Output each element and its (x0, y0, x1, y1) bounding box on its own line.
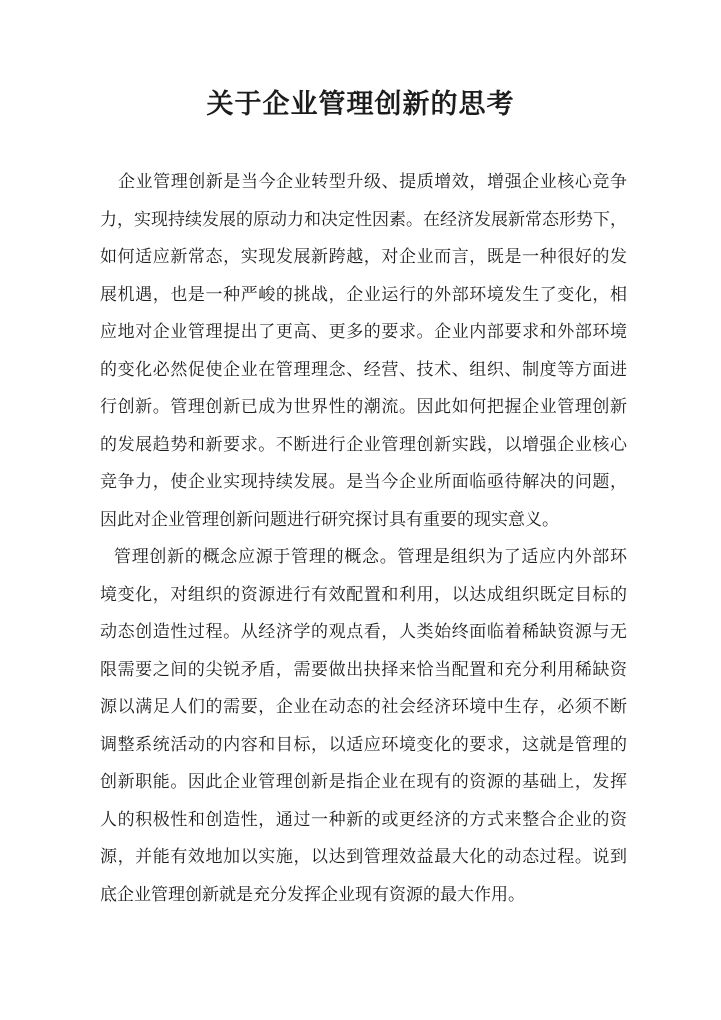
text-line: 动态创造性过程。从经济学的观点看，人类始终面临着稀缺资源与无 (100, 613, 627, 651)
text-line: 人的积极性和创造性，通过一种新的或更经济的方式来整合企业的资 (100, 801, 627, 839)
text-line: 境变化，对组织的资源进行有效配置和利用，以达成组织既定目标的 (100, 576, 627, 614)
document-page: 关于企业管理创新的思考 企业管理创新是当今企业转型升级、提质增效，增强企业核心竞… (0, 0, 721, 1020)
text-line: 的变化必然促使企业在管理理念、经营、技术、组织、制度等方面进 (100, 351, 627, 389)
text-line: 应地对企业管理提出了更高、更多的要求。企业内部要求和外部环境 (100, 313, 627, 351)
text-line: 企业管理创新是当今企业转型升级、提质增效，增强企业核心竞争 (100, 163, 627, 201)
text-line: 行创新。管理创新已成为世界性的潮流。因此如何把握企业管理创新 (100, 388, 627, 426)
text-line: 源以满足人们的需要，企业在动态的社会经济环境中生存，必须不断 (100, 688, 627, 726)
text-line: 调整系统活动的内容和目标，以适应环境变化的要求，这就是管理的 (100, 726, 627, 764)
text-line: 如何适应新常态，实现发展新跨越，对企业而言，既是一种很好的发 (100, 238, 627, 276)
text-line: 展机遇，也是一种严峻的挑战，企业运行的外部环境发生了变化，相 (100, 276, 627, 314)
text-line: 的发展趋势和新要求。不断进行企业管理创新实践，以增强企业核心 (100, 426, 627, 464)
text-line: 竞争力，使企业实现持续发展。是当今企业所面临亟待解决的问题， (100, 463, 627, 501)
document-body: 企业管理创新是当今企业转型升级、提质增效，增强企业核心竞争 力，实现持续发展的原… (100, 163, 627, 913)
paragraph: 管理创新的概念应源于管理的概念。管理是组织为了适应内外部环 境变化，对组织的资源… (100, 538, 627, 913)
text-line: 力，实现持续发展的原动力和决定性因素。在经济发展新常态形势下， (100, 201, 627, 239)
text-line: 限需要之间的尖锐矛盾，需要做出抉择来恰当配置和充分利用稀缺资 (100, 651, 627, 689)
text-line: 底企业管理创新就是充分发挥企业现有资源的最大作用。 (100, 876, 627, 914)
text-line: 管理创新的概念应源于管理的概念。管理是组织为了适应内外部环 (100, 538, 627, 576)
text-line: 创新职能。因此企业管理创新是指企业在现有的资源的基础上，发挥 (100, 763, 627, 801)
document-title: 关于企业管理创新的思考 (0, 86, 721, 122)
text-line: 因此对企业管理创新问题进行研究探讨具有重要的现实意义。 (100, 501, 627, 539)
text-line: 源，并能有效地加以实施，以达到管理效益最大化的动态过程。说到 (100, 838, 627, 876)
paragraph: 企业管理创新是当今企业转型升级、提质增效，增强企业核心竞争 力，实现持续发展的原… (100, 163, 627, 538)
